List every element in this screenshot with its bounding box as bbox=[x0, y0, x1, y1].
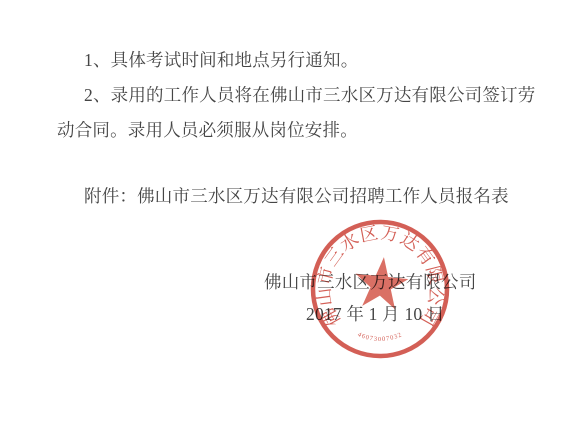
star-icon bbox=[352, 254, 410, 310]
seal-code-text-path: 46073007032 bbox=[357, 331, 404, 343]
notice-item-2-line2: 动合同。录用人员必须服从岗位安排。 bbox=[57, 122, 358, 140]
notice-item-2-line1: 2、录用的工作人员将在佛山市三水区万达有限公司签订劳 bbox=[84, 87, 535, 105]
seal-code-text: 46073007032 bbox=[357, 331, 404, 343]
notice-item-1: 1、具体考试时间和地点另行通知。 bbox=[84, 52, 358, 70]
attachment-line: 附件：佛山市三水区万达有限公司招聘工作人员报名表 bbox=[84, 188, 509, 206]
official-seal: 佛山市三水区万达有限公司 46073007032 bbox=[300, 213, 460, 363]
document-page: 1、具体考试时间和地点另行通知。 2、录用的工作人员将在佛山市三水区万达有限公司… bbox=[0, 0, 572, 423]
